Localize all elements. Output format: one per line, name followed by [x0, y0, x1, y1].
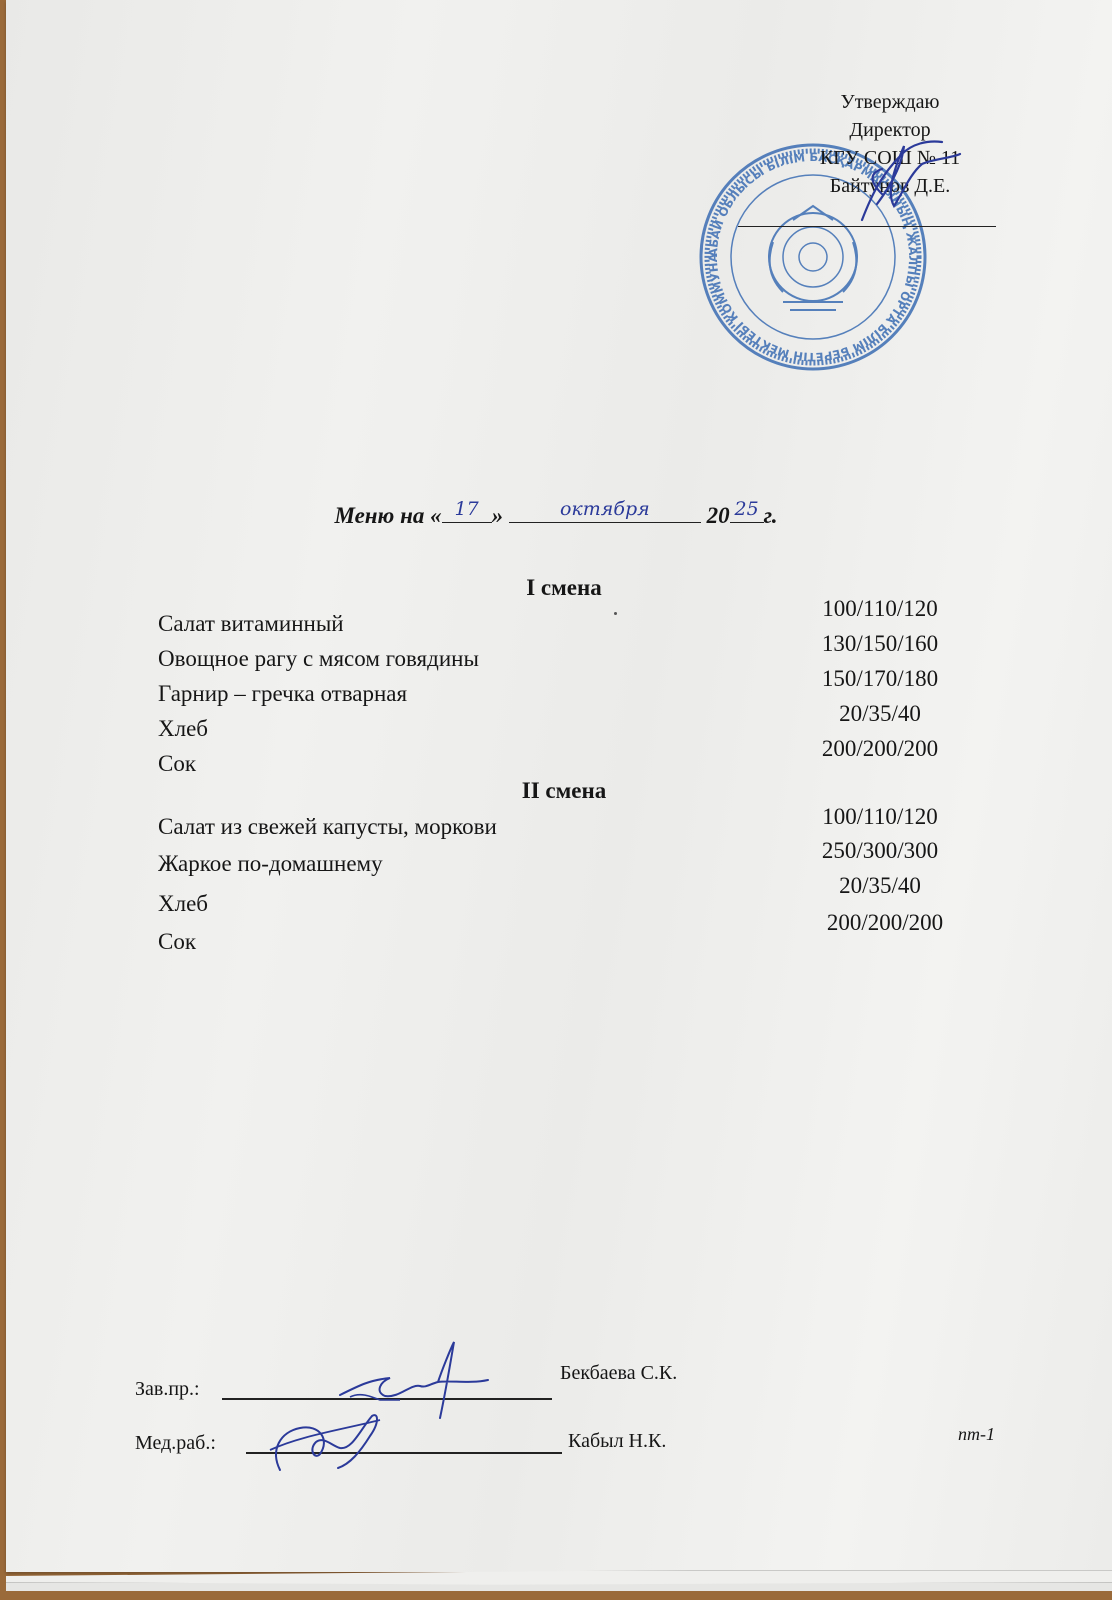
year-field: 25	[730, 500, 764, 523]
portion-size: 100/110/120	[790, 596, 970, 622]
director-signature-icon	[832, 134, 962, 234]
speck	[614, 612, 617, 615]
portion-size: 100/110/120	[790, 804, 970, 830]
form-code: пт-1	[958, 1424, 995, 1445]
menu-title: Меню на «17» октября 2025г.	[0, 500, 1112, 529]
day-field: 17	[442, 500, 492, 523]
menu-item: Хлеб	[158, 891, 208, 917]
year-prefix: 20	[707, 503, 730, 528]
head-of-production-name: Бекбаева С.К.	[560, 1362, 677, 1385]
day-handwritten: 17	[442, 498, 492, 520]
head-signature-icon	[330, 1340, 490, 1420]
medical-signature-icon	[260, 1410, 390, 1480]
portion-size: 200/200/200	[790, 736, 970, 762]
menu-item: Салат из свежей капусты, моркови	[158, 814, 497, 840]
shift-2-heading: II смена	[8, 778, 1112, 804]
menu-item: Жаркое по-домашнему	[158, 851, 383, 877]
menu-item: Сок	[158, 751, 196, 777]
menu-item: Хлеб	[158, 716, 208, 742]
head-of-production-label: Зав.пр.:	[135, 1378, 200, 1401]
menu-item: Гарнир – гречка отварная	[158, 681, 407, 707]
portion-size: 20/35/40	[790, 701, 970, 727]
title-quote-close: »	[492, 503, 504, 528]
year-handwritten: 25	[730, 498, 764, 520]
portion-size: 20/35/40	[790, 873, 970, 899]
portion-size: 200/200/200	[795, 910, 975, 936]
month-handwritten: октября	[509, 498, 701, 520]
title-prefix: Меню на «	[334, 503, 441, 528]
portion-size: 250/300/300	[790, 838, 970, 864]
menu-item: Салат витаминный	[158, 611, 344, 637]
portion-size: 150/170/180	[790, 666, 970, 692]
medical-worker-name: Кабыл Н.К.	[568, 1430, 666, 1453]
menu-item: Сок	[158, 929, 196, 955]
menu-item: Овощное рагу с мясом говядины	[158, 646, 479, 672]
medical-worker-label: Мед.раб.:	[135, 1432, 216, 1455]
month-field: октября	[509, 500, 701, 523]
year-suffix: г.	[764, 503, 778, 528]
approval-word: Утверждаю	[760, 88, 1020, 116]
portion-size: 130/150/160	[790, 631, 970, 657]
